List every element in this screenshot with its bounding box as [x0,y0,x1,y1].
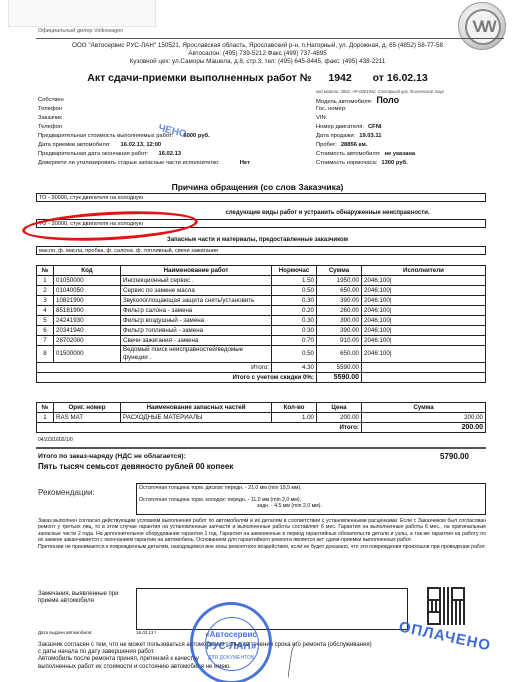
model-code-note: код модели: 3002, АР-0001942, Слесарный … [316,89,444,94]
field-owner-phone: Телефон [38,106,62,112]
company-seal-stamp: «Автосервис РУС-ЛАН» ДЛЯ ДОКУМЕНТОВ [190,602,272,682]
field-mileage: Пробег:28856 км. [316,142,367,148]
works-table-row: 620341940Фильтр топливный - замена0.3039… [37,326,486,336]
page-title: Акт сдачи-приемки выполненных работ № 19… [0,72,515,84]
works-table-row: 201040050Сервис по замене масла0.50650.0… [37,286,486,296]
grand-total-label: Итого по заказ-наряду (НДС не облагается… [38,453,186,460]
works-table-header: № Код Наименование работ Нормочас Сумма … [37,266,486,276]
header-divider [36,38,504,39]
act-date: от 16.02.13 [373,72,428,84]
works-total-row: Итого: 4.30 5590.00 [37,363,486,373]
grand-total-words: Пять тысяч семьсот девяносто рублей 00 к… [38,462,233,471]
works-table: № Код Наименование работ Нормочас Сумма … [36,265,486,383]
showroom-contacts: Автосалон: (495) 739-5212 Факс (499) 737… [0,50,515,57]
works-table-row: 524241930Фильтр воздушный - замена0.3039… [37,316,486,326]
works-table-row: 310821900Звукопоглощающая защита снять/у… [37,296,486,306]
field-customer-phone: Телефон [38,124,62,130]
act-number: 1942 [328,72,351,84]
scanned-corner-label [8,0,156,27]
field-dispose-parts: Доверяете ли утилизировать старые запасн… [38,160,250,166]
remarks-label: Замечания, выявленные при приеме автомоб… [38,591,130,605]
field-accept-date: Дата приемки автомобиля:16.02.13, 12:00 [38,142,161,148]
parts-table-header: № Ориг. номер Наименование запасных част… [37,403,486,413]
works-discount-row: Итого с учетом скидки 0%: 5590.00 [37,373,486,383]
reason-box: ТО - 30000, стук двигателя на холодную [36,193,486,202]
works-table-row: 801500000Ведомый поиск неисправностей/ве… [37,346,486,363]
recommendations-box: Остаточная толщина торм. дисков: передн.… [136,483,486,515]
bodyshop-contacts: Кузовной цех: ул.Саморы Машела, д.8, стр… [0,58,515,65]
dealer-caption: Официальный дилер Volkswagen [38,28,123,34]
works-table-row: 101050000Инспекционный сервис .1.501950.… [37,276,486,286]
warranty-terms: Заказ выполнен согласно действующим усло… [38,518,486,550]
customer-parts-title: Запасные части и материалы, предоставлен… [0,237,515,243]
field-owner: Собствен [38,97,64,103]
field-car-model: Модель автомобиля:Поло [316,95,399,105]
works-table-row: 485181900Фильтр салона - замена0.20260.0… [37,306,486,316]
company-address: ООО "Автосервис РУС-ЛАН" 150521, Ярослав… [0,42,515,49]
field-finish-date: Предварительная дата окончания работ:16.… [38,151,181,157]
parts-table: № Ориг. номер Наименование запасных част… [36,402,486,433]
field-customer: Заказчик [38,115,62,121]
reason-title: Причина обращения (со слов Заказчика) [0,182,515,192]
parts-table-row: 1RAS MATРАСХОДНЫЕ МАТЕРИАЛЫ1.00200.00200… [37,413,486,423]
qr-code-icon [427,587,465,625]
works-table-row: 728702000Свечи зажигания - замена0.70910… [37,336,486,346]
field-plate: Гос. номер: [316,106,347,112]
recommendations-label: Рекомендации: [38,488,95,497]
section-divider [36,447,486,449]
field-sale-date: Дата продажи:19.03.11 [316,133,382,139]
field-vin: VIN: [316,115,327,121]
field-engine-number: Номер двигателя:CFNI [316,124,382,130]
field-car-cost: Стоимость автомобиля:не указана [316,151,415,157]
customer-parts-box: масло, ф. масла, пробка, ф. салона. ф. т… [36,246,486,255]
issue-date-value: 16.02.13 / [136,630,156,635]
remarks-box [136,588,408,630]
field-hour-rate: Стоимость нормочаса:1300 руб. [316,160,408,166]
document-code: 04103/1602/1/0 [38,437,73,443]
grand-total-value: 5790.00 [440,452,469,461]
parts-total-row: Итого: 200.00 [37,423,486,433]
issue-date-label: Дата выдачи автомобиля: [38,630,92,635]
